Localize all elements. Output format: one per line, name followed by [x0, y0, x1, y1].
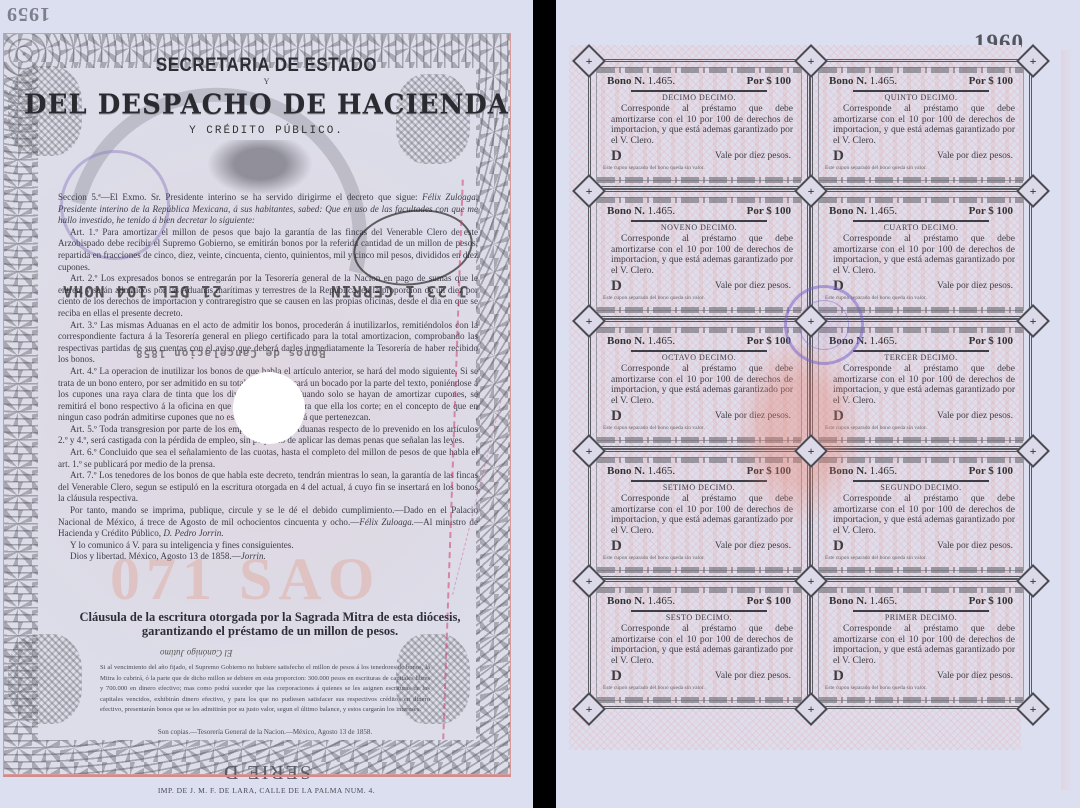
- coupon-ordinal: QUINTO DECIMO.: [813, 93, 1029, 102]
- coupon-vale: Vale por diez pesos.: [715, 281, 791, 291]
- bond-number: 1.465.: [870, 205, 898, 217]
- clause-copy-line: Son copias.—Tesorería General de la Naci…: [100, 728, 430, 736]
- coupon-value: Por $ 100: [969, 335, 1013, 347]
- coupon-value: Por $ 100: [747, 75, 791, 87]
- inverted-cancellation-line: Bonos de Cancelacion 1858: [135, 347, 326, 360]
- header-credito-publico: Y CRÉDITO PÚBLICO.: [0, 125, 533, 137]
- divider: [853, 610, 989, 612]
- coupon-body: Corresponde al préstamo que debe amortiz…: [833, 494, 1015, 536]
- series-letter: D: [611, 538, 622, 555]
- eagle-emblem-icon: [200, 140, 320, 200]
- coupon-vale: Vale por diez pesos.: [937, 671, 1013, 681]
- bond-number: 1.465.: [648, 205, 676, 217]
- coupon: Bono N. 1.465.Por $ 100 OCTAVO DECIMO. C…: [588, 319, 810, 449]
- coupon-value: Por $ 100: [747, 465, 791, 477]
- series-letter: D: [833, 278, 844, 295]
- coupon-footer: Este cupon separado del bono queda sin v…: [603, 685, 795, 691]
- coupon-value: Por $ 100: [969, 75, 1013, 87]
- coupon: Bono N. 1.465.Por $ 100 PRIMER DECIMO. C…: [810, 579, 1032, 709]
- coupon-ordinal: TERCER DECIMO.: [813, 353, 1029, 362]
- coupon-value: Por $ 100: [969, 465, 1013, 477]
- coupon-footer: Este cupon separado del bono queda sin v…: [603, 425, 795, 431]
- coupon-ordinal: CUARTO DECIMO.: [813, 223, 1029, 232]
- bond-number: 1.465.: [648, 465, 676, 477]
- coupon-footer: Este cupon separado del bono queda sin v…: [603, 165, 795, 171]
- coupon-ordinal: OCTAVO DECIMO.: [591, 353, 807, 362]
- divider: [631, 350, 767, 352]
- clause-text: Si al vencimiento del año fijado, el Sup…: [100, 663, 430, 716]
- bond-number: 1.465.: [870, 465, 898, 477]
- divider: [631, 220, 767, 222]
- coupon-body: Corresponde al préstamo que debe amortiz…: [833, 624, 1015, 666]
- coupon-vale: Vale por diez pesos.: [937, 151, 1013, 161]
- header-despacho-hacienda: DEL DESPACHO DE HACIENDA: [0, 89, 533, 121]
- corner-ornament-icon: [8, 634, 82, 724]
- header-conjunction: Y: [0, 77, 533, 86]
- coupon-vale: Vale por diez pesos.: [937, 281, 1013, 291]
- coupon-vale: Vale por diez pesos.: [715, 541, 791, 551]
- divider: [631, 480, 767, 482]
- divider: [631, 90, 767, 92]
- series-letter: D: [611, 278, 622, 295]
- coupon: Bono N. 1.465.Por $ 100 TERCER DECIMO. C…: [810, 319, 1032, 449]
- coupon: Bono N. 1.465.Por $ 100 SESTO DECIMO. Co…: [588, 579, 810, 709]
- coupon-vale: Vale por diez pesos.: [715, 151, 791, 161]
- series-letter: D: [833, 148, 844, 165]
- coupon-body: Corresponde al préstamo que debe amortiz…: [611, 104, 793, 146]
- coupon: Bono N. 1.465.Por $ 100 CUARTO DECIMO. C…: [810, 189, 1032, 319]
- series-letter: D: [611, 668, 622, 685]
- divider: [853, 220, 989, 222]
- divider: [853, 90, 989, 92]
- coupon-ordinal: SESTO DECIMO.: [591, 613, 807, 622]
- printer-imprint: IMP. DE J. M. F. DE LARA, CALLE DE LA PA…: [0, 786, 533, 795]
- coupon-vale: Vale por diez pesos.: [715, 411, 791, 421]
- bond-number: 1.465.: [648, 335, 676, 347]
- coupon-value: Por $ 100: [747, 595, 791, 607]
- divider: [853, 480, 989, 482]
- coupon: Bono N. 1.465.Por $ 100 SETIMO DECIMO. C…: [588, 449, 810, 579]
- series-letter: D: [833, 538, 844, 555]
- coupon-vale: Vale por diez pesos.: [715, 671, 791, 681]
- coupon-panel: Bono N. 1.465.Por $ 100 DECIMO DECIMO. C…: [569, 45, 1021, 750]
- coupon-body: Corresponde al préstamo que debe amortiz…: [611, 624, 793, 666]
- coupon-ordinal: SEGUNDO DECIMO.: [813, 483, 1029, 492]
- coupon-ordinal: PRIMER DECIMO.: [813, 613, 1029, 622]
- clause-title: Cláusula de la escritura otorgada por la…: [60, 610, 480, 638]
- scan-gap: [533, 0, 556, 808]
- coupon-body: Corresponde al préstamo que debe amortiz…: [611, 364, 793, 406]
- divider: [631, 610, 767, 612]
- coupon-ordinal: NOVENO DECIMO.: [591, 223, 807, 232]
- coupon: Bono N. 1.465.Por $ 100 DECIMO DECIMO. C…: [588, 59, 810, 189]
- bond-number: 1.465.: [870, 75, 898, 87]
- bond-number: 1.465.: [870, 595, 898, 607]
- bond-number: 1.465.: [648, 75, 676, 87]
- coupon-footer: Este cupon separado del bono queda sin v…: [603, 555, 795, 561]
- coupon-footer: Este cupon separado del bono queda sin v…: [825, 165, 1017, 171]
- coupon-vale: Vale por diez pesos.: [937, 541, 1013, 551]
- article-6: Art. 6.º Concluido que sea el señalamien…: [58, 447, 478, 470]
- coupon-value: Por $ 100: [969, 205, 1013, 217]
- bottom-red-rule: [3, 775, 511, 777]
- coupon-vale: Vale por diez pesos.: [937, 411, 1013, 421]
- series-label: SERIE D: [0, 760, 533, 783]
- coupon-footer: Este cupon separado del bono queda sin v…: [825, 555, 1017, 561]
- coupon-body: Corresponde al préstamo que debe amortiz…: [611, 494, 793, 536]
- series-letter: D: [833, 668, 844, 685]
- serial-number-left: 1959: [6, 2, 50, 25]
- inverted-signature: El Canónigo Jutimo: [160, 648, 233, 658]
- coupon-body: Corresponde al préstamo que debe amortiz…: [833, 104, 1015, 146]
- sheet-edge: [1061, 50, 1073, 790]
- bond-number: 1.465.: [648, 595, 676, 607]
- red-serial-watermark: 071 SAO: [110, 545, 380, 614]
- series-letter: D: [611, 408, 622, 425]
- bond-number: 1.465.: [870, 335, 898, 347]
- coupon: Bono N. 1.465.Por $ 100 NOVENO DECIMO. C…: [588, 189, 810, 319]
- series-letter: D: [611, 148, 622, 165]
- header-secretaria: SECRETARIA DE ESTADO: [0, 54, 533, 77]
- coupon-value: Por $ 100: [747, 205, 791, 217]
- coupon-footer: Este cupon separado del bono queda sin v…: [825, 685, 1017, 691]
- coupon: Bono N. 1.465.Por $ 100 SEGUNDO DECIMO. …: [810, 449, 1032, 579]
- coupon-sheet: 1960 Bono N. 1.465.Por $ 100 DECIMO DECI…: [556, 0, 1080, 808]
- coupon-footer: Este cupon separado del bono queda sin v…: [825, 295, 1017, 301]
- coupon-footer: Este cupon separado del bono queda sin v…: [825, 425, 1017, 431]
- coupon-body: Corresponde al préstamo que debe amortiz…: [611, 234, 793, 276]
- coupon-footer: Este cupon separado del bono queda sin v…: [603, 295, 795, 301]
- coupon-ordinal: DECIMO DECIMO.: [591, 93, 807, 102]
- divider: [853, 350, 989, 352]
- cancellation-overprint-left: 21 DEL 104 NOHA: [62, 282, 222, 301]
- coupon-ordinal: SETIMO DECIMO.: [591, 483, 807, 492]
- coupon-body: Corresponde al préstamo que debe amortiz…: [833, 364, 1015, 406]
- decree-closing: Por tanto, mando se imprima, publique, c…: [58, 505, 478, 540]
- bond-certificate-sheet: 1959 SECRETARIA DE ESTADO Y DEL DESPACHO…: [0, 0, 533, 808]
- coupon-body: Corresponde al préstamo que debe amortiz…: [833, 234, 1015, 276]
- series-letter: D: [833, 408, 844, 425]
- coupon-grid: Bono N. 1.465.Por $ 100 DECIMO DECIMO. C…: [588, 59, 1032, 709]
- coupon: Bono N. 1.465.Por $ 100 QUINTO DECIMO. C…: [810, 59, 1032, 189]
- cancellation-punch-hole: [233, 372, 305, 444]
- article-7: Art. 7.º Los tenedores de los bonos de q…: [58, 470, 478, 505]
- coupon-value: Por $ 100: [969, 595, 1013, 607]
- coupon-value: Por $ 100: [747, 335, 791, 347]
